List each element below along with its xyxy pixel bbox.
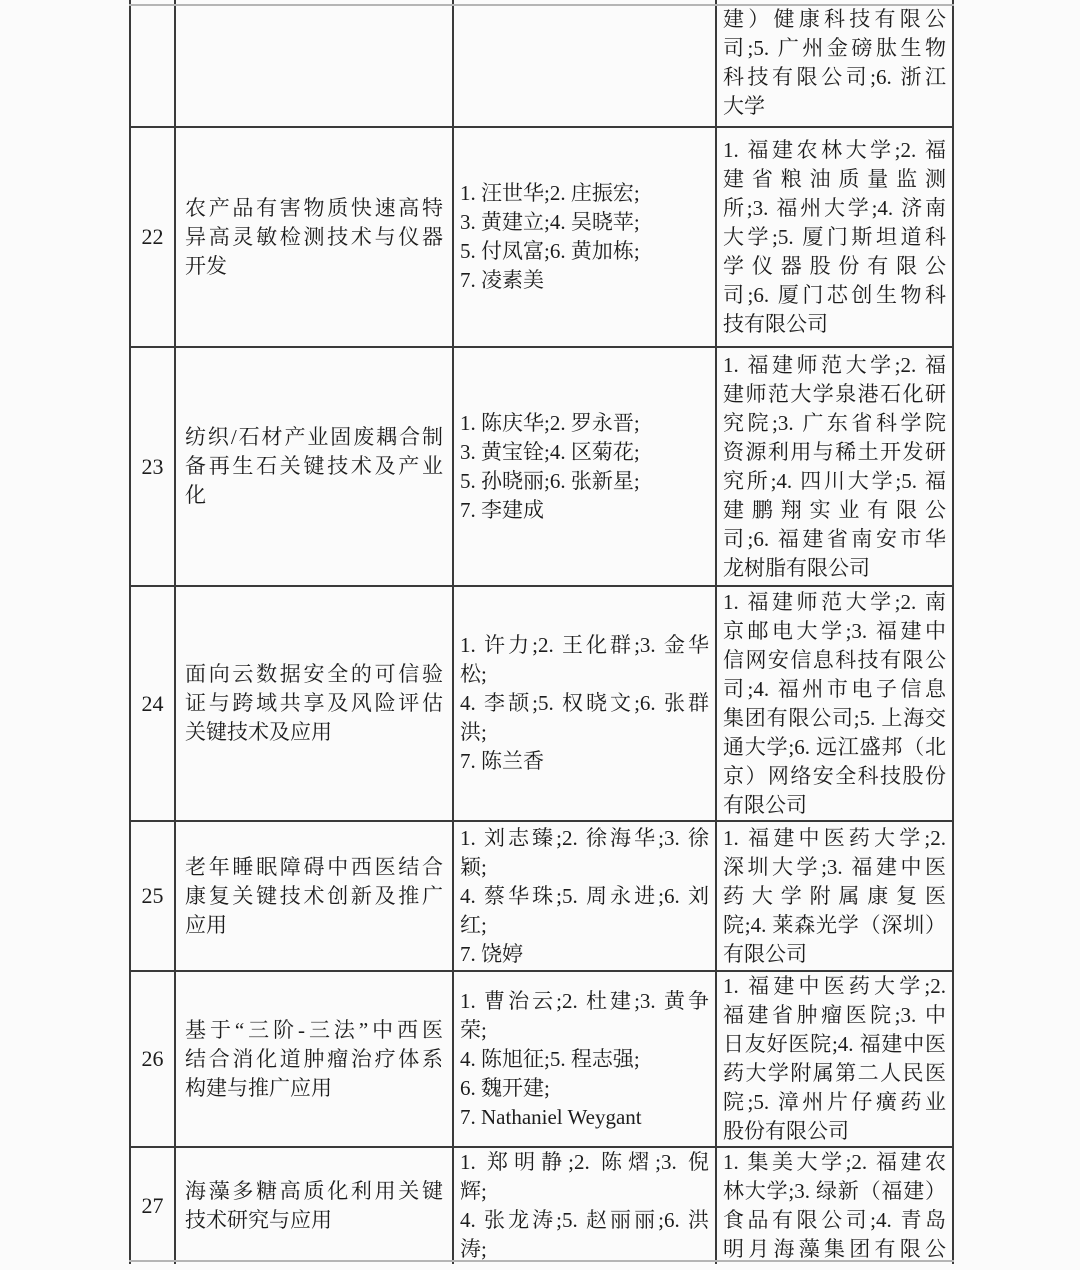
- project-title: 基于“三阶-三法”中西医结合消化道肿瘤治疗体系构建与推广应用: [176, 972, 454, 1146]
- project-title: 面向云数据安全的可信验证与跨域共享及风险评估关键技术及应用: [176, 587, 454, 820]
- organization-line: 股份有限公司: [723, 1117, 946, 1146]
- organization-line: 龙树脂有限公司: [723, 554, 946, 583]
- document-page: 建）健康科技有限公司;5. 广州金磅肽生物科技有限公司;6. 浙江大学22农产品…: [0, 0, 1080, 1270]
- people-line: 红;: [460, 911, 709, 940]
- organization-line: 技有限公司: [723, 310, 946, 339]
- project-title-line: 异高灵敏检测技术与仪器: [185, 223, 443, 252]
- people-line: 1. 郑明静;2. 陈熠;3. 倪: [460, 1148, 709, 1177]
- row-number: 25: [131, 822, 176, 970]
- people-line: 4. 张龙涛;5. 赵丽丽;6. 洪: [460, 1206, 709, 1235]
- people-line: 5. 付凤富;6. 黄加栋;: [460, 237, 709, 266]
- organization-line: 1. 福建师范大学;2. 福: [723, 351, 946, 380]
- organization-line: 林大学;3. 绿新（福建）: [723, 1177, 946, 1206]
- organization-line: 1. 集美大学;2. 福建农: [723, 1148, 946, 1177]
- project-title-line: 农产品有害物质快速高特: [185, 194, 443, 223]
- people-list: 1. 汪世华;2. 庄振宏;3. 黄建立;4. 吴晓苹;5. 付凤富;6. 黄加…: [454, 128, 717, 346]
- project-title: 老年睡眠障碍中西医结合康复关键技术创新及推广应用: [176, 822, 454, 970]
- organization-list: 建）健康科技有限公司;5. 广州金磅肽生物科技有限公司;6. 浙江大学: [717, 0, 954, 126]
- organization-line: 1. 福建中医药大学;2.: [723, 972, 946, 1001]
- people-line: 6. 魏开建;: [460, 1074, 709, 1103]
- project-title-line: 纺织/石材产业固废耦合制: [185, 423, 443, 452]
- organization-line: 司;6. 福建省南安市华: [723, 525, 946, 554]
- table-row: 25老年睡眠障碍中西医结合康复关键技术创新及推广应用1. 刘志臻;2. 徐海华;…: [131, 822, 954, 972]
- organization-line: 司;6. 厦门芯创生物科: [723, 281, 946, 310]
- organization-list: 1. 福建中医药大学;2.福建省肿瘤医院;3. 中日友好医院;4. 福建中医药大…: [717, 972, 954, 1146]
- organization-line: 资源利用与稀土开发研: [723, 438, 946, 467]
- people-line: 颖;: [460, 853, 709, 882]
- organization-line: 福建省肿瘤医院;3. 中: [723, 1001, 946, 1030]
- organization-line: 建师范大学泉港石化研: [723, 380, 946, 409]
- organization-line: 大学: [723, 92, 946, 121]
- people-line: 7. 饶婷: [460, 940, 709, 969]
- project-title: [176, 0, 454, 126]
- people-list: 1. 曹治云;2. 杜建;3. 黄争荣;4. 陈旭征;5. 程志强;6. 魏开建…: [454, 972, 717, 1146]
- people-line: 1. 曹治云;2. 杜建;3. 黄争: [460, 987, 709, 1016]
- people-line: 7. Nathaniel Weygant: [460, 1103, 709, 1132]
- project-title-line: 海藻多糖高质化利用关键: [185, 1177, 443, 1206]
- organization-line: 深圳大学;3. 福建中医: [723, 853, 946, 882]
- project-title-line: 康复关键技术创新及推广: [185, 882, 443, 911]
- people-line: 1. 刘志臻;2. 徐海华;3. 徐: [460, 824, 709, 853]
- project-title-line: 面向云数据安全的可信验: [185, 660, 443, 689]
- organization-line: 食品有限公司;4. 青岛: [723, 1206, 946, 1235]
- people-list: [454, 0, 717, 126]
- organization-line: 信网安信息科技有限公: [723, 646, 946, 675]
- project-title-line: 化: [185, 481, 443, 510]
- organization-line: 大学;5. 厦门斯坦道科: [723, 223, 946, 252]
- organization-line: 所;3. 福州大学;4. 济南: [723, 194, 946, 223]
- people-line: 1. 汪世华;2. 庄振宏;: [460, 179, 709, 208]
- organization-line: 日友好医院;4. 福建中医: [723, 1030, 946, 1059]
- organization-line: 究所;4. 四川大学;5. 福: [723, 467, 946, 496]
- project-title-line: 备再生石关键技术及产业: [185, 452, 443, 481]
- organization-line: 建省粮油质量监测: [723, 165, 946, 194]
- organization-line: 有限公司: [723, 791, 946, 820]
- people-line: 4. 陈旭征;5. 程志强;: [460, 1045, 709, 1074]
- row-number: 27: [131, 1148, 176, 1264]
- organization-line: 通大学;6. 远江盛邦（北: [723, 733, 946, 762]
- table-row: 24面向云数据安全的可信验证与跨域共享及风险评估关键技术及应用1. 许力;2. …: [131, 587, 954, 822]
- row-number: 26: [131, 972, 176, 1146]
- organization-list: 1. 福建农林大学;2. 福建省粮油质量监测所;3. 福州大学;4. 济南大学;…: [717, 128, 954, 346]
- page-slice-line-bottom: [129, 1260, 954, 1262]
- table-row: 22农产品有害物质快速高特异高灵敏检测技术与仪器开发1. 汪世华;2. 庄振宏;…: [131, 128, 954, 348]
- people-line: 辉;: [460, 1177, 709, 1206]
- people-line: 洪;: [460, 718, 709, 747]
- project-title-line: 应用: [185, 911, 443, 940]
- people-line: 4. 蔡华珠;5. 周永进;6. 刘: [460, 882, 709, 911]
- row-number: 24: [131, 587, 176, 820]
- row-number: 22: [131, 128, 176, 346]
- row-number: [131, 0, 176, 126]
- people-list: 1. 许力;2. 王化群;3. 金华松;4. 李颉;5. 权晓文;6. 张群洪;…: [454, 587, 717, 820]
- people-line: 松;: [460, 660, 709, 689]
- table-row: 建）健康科技有限公司;5. 广州金磅肽生物科技有限公司;6. 浙江大学: [131, 0, 954, 128]
- people-line: 荣;: [460, 1016, 709, 1045]
- table-row: 27海藻多糖高质化利用关键技术研究与应用1. 郑明静;2. 陈熠;3. 倪辉;4…: [131, 1148, 954, 1264]
- organization-line: 1. 福建中医药大学;2.: [723, 824, 946, 853]
- organization-line: 科技有限公司;6. 浙江: [723, 63, 946, 92]
- people-line: 7. 陈兰香: [460, 747, 709, 776]
- project-title: 海藻多糖高质化利用关键技术研究与应用: [176, 1148, 454, 1264]
- table-row: 23纺织/石材产业固废耦合制备再生石关键技术及产业化1. 陈庆华;2. 罗永晋;…: [131, 348, 954, 587]
- project-title-line: 关键技术及应用: [185, 718, 443, 747]
- project-title-line: 开发: [185, 252, 443, 281]
- people-line: 1. 陈庆华;2. 罗永晋;: [460, 409, 709, 438]
- people-line: 7. 李建成: [460, 496, 709, 525]
- row-number: 23: [131, 348, 176, 585]
- project-title-line: 证与跨域共享及风险评估: [185, 689, 443, 718]
- project-title-line: 老年睡眠障碍中西医结合: [185, 853, 443, 882]
- people-list: 1. 郑明静;2. 陈熠;3. 倪辉;4. 张龙涛;5. 赵丽丽;6. 洪涛;: [454, 1148, 717, 1264]
- organization-line: 院;5. 漳州片仔癀药业: [723, 1088, 946, 1117]
- project-award-table: 建）健康科技有限公司;5. 广州金磅肽生物科技有限公司;6. 浙江大学22农产品…: [129, 0, 954, 1264]
- project-title: 纺织/石材产业固废耦合制备再生石关键技术及产业化: [176, 348, 454, 585]
- organization-line: 院;4. 莱森光学（深圳）: [723, 911, 946, 940]
- table-row: 26基于“三阶-三法”中西医结合消化道肿瘤治疗体系构建与推广应用1. 曹治云;2…: [131, 972, 954, 1148]
- people-line: 1. 许力;2. 王化群;3. 金华: [460, 631, 709, 660]
- people-list: 1. 陈庆华;2. 罗永晋;3. 黄宝铨;4. 区菊花;5. 孙晓丽;6. 张新…: [454, 348, 717, 585]
- organization-line: 1. 福建师范大学;2. 南: [723, 588, 946, 617]
- organization-line: 京邮电大学;3. 福建中: [723, 617, 946, 646]
- organization-line: 学仪器股份有限公: [723, 252, 946, 281]
- organization-line: 有限公司: [723, 940, 946, 969]
- project-title-line: 构建与推广应用: [185, 1074, 443, 1103]
- people-line: 4. 李颉;5. 权晓文;6. 张群: [460, 689, 709, 718]
- organization-line: 京）网络安全科技股份: [723, 762, 946, 791]
- organization-list: 1. 福建中医药大学;2.深圳大学;3. 福建中医药大学附属康复医院;4. 莱森…: [717, 822, 954, 970]
- project-title-line: 结合消化道肿瘤治疗体系: [185, 1045, 443, 1074]
- people-list: 1. 刘志臻;2. 徐海华;3. 徐颖;4. 蔡华珠;5. 周永进;6. 刘红;…: [454, 822, 717, 970]
- people-line: 3. 黄建立;4. 吴晓苹;: [460, 208, 709, 237]
- project-title-line: 基于“三阶-三法”中西医: [185, 1016, 443, 1045]
- organization-list: 1. 集美大学;2. 福建农林大学;3. 绿新（福建）食品有限公司;4. 青岛明…: [717, 1148, 954, 1264]
- project-title-line: 技术研究与应用: [185, 1206, 443, 1235]
- organization-line: 建）健康科技有限公: [723, 5, 946, 34]
- organization-line: 1. 福建农林大学;2. 福: [723, 136, 946, 165]
- page-slice-line-top: [129, 4, 954, 6]
- organization-line: 司;5. 广州金磅肽生物: [723, 34, 946, 63]
- organization-line: 药大学附属康复医: [723, 882, 946, 911]
- organization-line: 建鹏翔实业有限公: [723, 496, 946, 525]
- organization-line: 司;4. 福州市电子信息: [723, 675, 946, 704]
- people-line: 7. 凌素美: [460, 266, 709, 295]
- organization-list: 1. 福建师范大学;2. 南京邮电大学;3. 福建中信网安信息科技有限公司;4.…: [717, 587, 954, 820]
- organization-line: 究院;3. 广东省科学院: [723, 409, 946, 438]
- project-title: 农产品有害物质快速高特异高灵敏检测技术与仪器开发: [176, 128, 454, 346]
- people-line: 5. 孙晓丽;6. 张新星;: [460, 467, 709, 496]
- organization-line: 集团有限公司;5. 上海交: [723, 704, 946, 733]
- people-line: 3. 黄宝铨;4. 区菊花;: [460, 438, 709, 467]
- organization-line: 药大学附属第二人民医: [723, 1059, 946, 1088]
- organization-list: 1. 福建师范大学;2. 福建师范大学泉港石化研究院;3. 广东省科学院资源利用…: [717, 348, 954, 585]
